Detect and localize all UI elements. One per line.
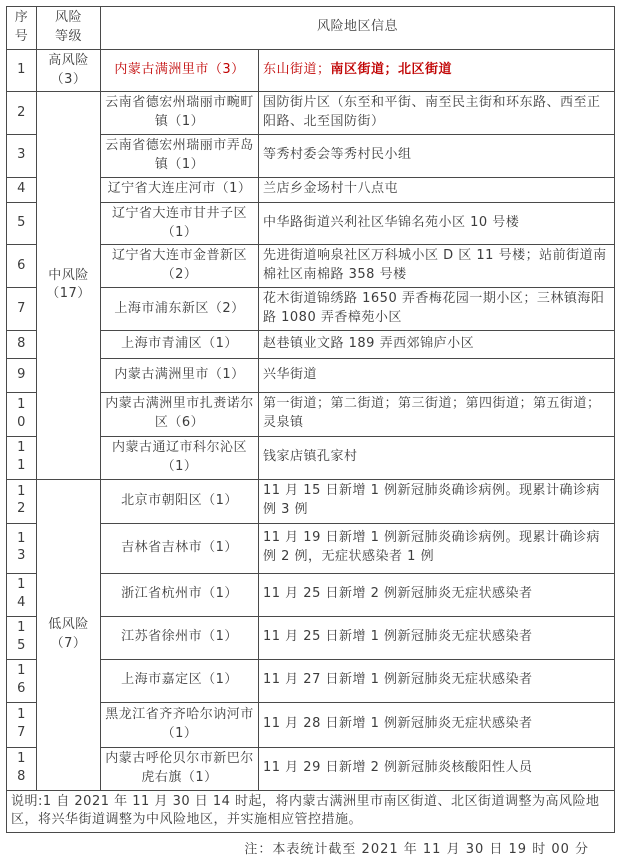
region-name: 内蒙古满洲里市扎赉诺尔区（6） — [101, 392, 259, 436]
table-note: 说明:1 自 2021 年 11 月 30 日 14 时起，将内蒙古满洲里市南区… — [7, 790, 615, 833]
region-detail: 钱家店镇孔家村 — [259, 436, 615, 479]
region-name: 上海市浦东新区（2） — [101, 288, 259, 331]
row-number: 3 — [7, 135, 37, 178]
risk-level-high: 高风险 （3） — [37, 49, 101, 92]
region-name: 内蒙古通辽市科尔沁区（1） — [101, 436, 259, 479]
region-detail: 兰店乡金场村十八点屯 — [259, 177, 615, 202]
region-name: 上海市青浦区（1） — [101, 330, 259, 358]
row-number: 18 — [7, 747, 37, 790]
region-detail: 花木街道锦绣路 1650 弄香梅花园一期小区；三林镇海阳路 1080 弄香樟苑小… — [259, 288, 615, 331]
region-name: 辽宁省大连庄河市（1） — [101, 177, 259, 202]
region-name: 辽宁省大连市甘井子区（1） — [101, 202, 259, 245]
row-number: 5 — [7, 202, 37, 245]
region-name: 云南省德宏州瑞丽市弄岛镇（1） — [101, 135, 259, 178]
row-number: 2 — [7, 92, 37, 135]
region-name: 云南省德宏州瑞丽市畹町镇（1） — [101, 92, 259, 135]
region-detail: 11 月 15 日新增 1 例新冠肺炎确诊病例。现累计确诊病例 3 例 — [259, 479, 615, 523]
header-risk-area-info: 风险地区信息 — [101, 7, 615, 50]
row-number: 13 — [7, 523, 37, 573]
region-name: 吉林省吉林市（1） — [101, 523, 259, 573]
row-number: 4 — [7, 177, 37, 202]
row-number: 9 — [7, 358, 37, 392]
header-row: 序 号 风险 等级 风险地区信息 — [7, 7, 615, 50]
row-number: 7 — [7, 288, 37, 331]
region-detail: 11 月 28 日新增 1 例新冠肺炎无症状感染者 — [259, 702, 615, 747]
region-detail: 11 月 25 日新增 2 例新冠肺炎无症状感染者 — [259, 573, 615, 616]
stats-cutoff-caption: 注：本表统计截至 2021 年 11 月 30 日 19 时 00 分 — [244, 838, 589, 857]
region-detail: 东山街道；南区街道；北区街道 — [259, 49, 615, 92]
region-name: 内蒙古满洲里市（3） — [101, 49, 259, 92]
row-number: 1 — [7, 49, 37, 92]
row-number: 16 — [7, 659, 37, 702]
note-row: 说明:1 自 2021 年 11 月 30 日 14 时起，将内蒙古满洲里市南区… — [7, 790, 615, 833]
region-name: 内蒙古呼伦贝尔市新巴尔虎右旗（1） — [101, 747, 259, 790]
row-number: 14 — [7, 573, 37, 616]
header-risk-level: 风险 等级 — [37, 7, 101, 50]
row-number: 17 — [7, 702, 37, 747]
region-name: 辽宁省大连市金普新区（2） — [101, 245, 259, 288]
region-detail: 11 月 27 日新增 1 例新冠肺炎无症状感染者 — [259, 659, 615, 702]
region-detail: 11 月 19 日新增 1 例新冠肺炎确诊病例。现累计确诊病例 2 例，无症状感… — [259, 523, 615, 573]
region-detail: 兴华街道 — [259, 358, 615, 392]
region-detail: 先进街道响泉社区万科城小区 D 区 11 号楼；站前街道南棉社区南棉路 358 … — [259, 245, 615, 288]
region-name: 黑龙江省齐齐哈尔讷河市（1） — [101, 702, 259, 747]
region-name: 内蒙古满洲里市（1） — [101, 358, 259, 392]
region-name: 浙江省杭州市（1） — [101, 573, 259, 616]
row-number: 10 — [7, 392, 37, 436]
region-name: 江苏省徐州市（1） — [101, 616, 259, 659]
region-detail: 第一街道；第二街道；第三街道；第四街道；第五街道；灵泉镇 — [259, 392, 615, 436]
region-name: 上海市嘉定区（1） — [101, 659, 259, 702]
region-detail: 等秀村委会等秀村民小组 — [259, 135, 615, 178]
region-detail: 赵巷镇业文路 189 弄西郊锦庐小区 — [259, 330, 615, 358]
region-detail: 11 月 29 日新增 2 例新冠肺炎核酸阳性人员 — [259, 747, 615, 790]
header-serial-number: 序 号 — [7, 7, 37, 50]
region-detail: 11 月 25 日新增 1 例新冠肺炎无症状感染者 — [259, 616, 615, 659]
region-detail: 中华路街道兴利社区华锦名苑小区 10 号楼 — [259, 202, 615, 245]
row-number: 8 — [7, 330, 37, 358]
row-number: 11 — [7, 436, 37, 479]
region-detail: 国防街片区（东至和平街、南至民主街和环东路、西至正阳路、北至国防街） — [259, 92, 615, 135]
risk-level-low: 低风险 （7） — [37, 479, 101, 790]
table-row: 2 中风险 （17） 云南省德宏州瑞丽市畹町镇（1） 国防街片区（东至和平街、南… — [7, 92, 615, 135]
detail-bold-part: 南区街道；北区街道 — [331, 62, 453, 77]
detail-plain-part: 东山街道； — [263, 62, 331, 77]
region-name: 北京市朝阳区（1） — [101, 479, 259, 523]
table-row: 12 低风险 （7） 北京市朝阳区（1） 11 月 15 日新增 1 例新冠肺炎… — [7, 479, 615, 523]
row-number: 15 — [7, 616, 37, 659]
risk-area-table: 序 号 风险 等级 风险地区信息 1 高风险 （3） 内蒙古满洲里市（3） 东山… — [6, 6, 615, 833]
row-number: 12 — [7, 479, 37, 523]
risk-level-mid: 中风险 （17） — [37, 92, 101, 479]
table-row: 1 高风险 （3） 内蒙古满洲里市（3） 东山街道；南区街道；北区街道 — [7, 49, 615, 92]
row-number: 6 — [7, 245, 37, 288]
document-page: 序 号 风险 等级 风险地区信息 1 高风险 （3） 内蒙古满洲里市（3） 东山… — [0, 0, 619, 857]
